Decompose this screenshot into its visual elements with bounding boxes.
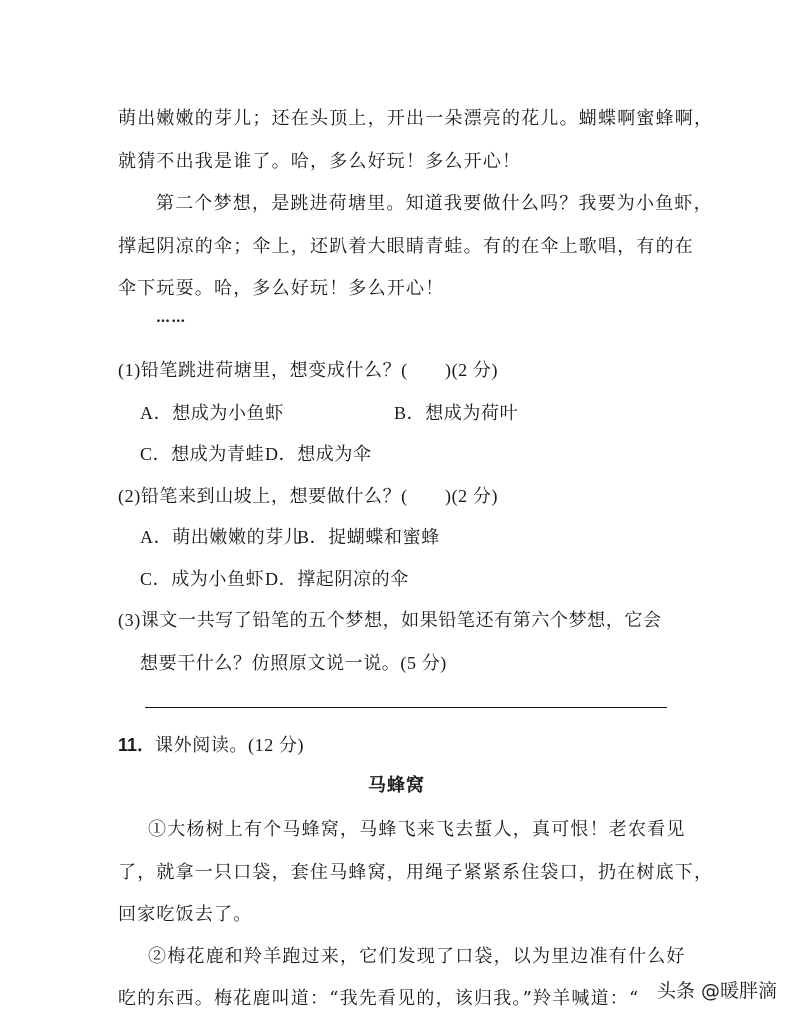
passage-line: 第二个梦想，是跳进荷塘里。知道我要做什么吗？我要为小鱼虾， xyxy=(156,189,713,215)
question-1-option-c[interactable]: C．想成为青蛙 xyxy=(140,440,264,466)
section-11-heading: 11．课外阅读。(12 分) xyxy=(118,731,304,757)
question-3-stem-line2: 想要干什么？仿照原文说一说。(5 分) xyxy=(140,649,447,675)
passage-line: 伞下玩耍。哈，多么好玩！多么开心！ xyxy=(118,274,444,300)
question-1-option-b[interactable]: B．想成为荷叶 xyxy=(394,399,518,425)
question-2-option-b[interactable]: B．捉蝴蝶和蜜蜂 xyxy=(297,523,440,549)
question-2-option-a[interactable]: A．萌出嫩嫩的芽儿 xyxy=(140,523,302,549)
article-title: 马蜂窝 xyxy=(0,771,793,797)
article-line: ②梅花鹿和羚羊跑过来，它们发现了口袋，以为里边准有什么好 xyxy=(148,942,686,968)
ellipsis: …… xyxy=(156,310,186,326)
answer-line[interactable] xyxy=(145,707,667,708)
watermark: 头条 @暖胖滴 xyxy=(655,976,779,1003)
article-line: ①大杨树上有个马蜂窝，马蜂飞来飞去蜇人，真可恨！老农看见 xyxy=(148,815,686,841)
article-line: 吃的东西。梅花鹿叫道：“我先看见的，该归我。”羚羊喊道：“ xyxy=(118,984,639,1010)
question-1-option-d[interactable]: D．想成为伞 xyxy=(265,440,372,466)
question-3-stem-line1: (3)课文一共写了铅笔的五个梦想，如果铅笔还有第六个梦想，它会 xyxy=(118,606,662,632)
passage-line: 就猜不出我是谁了。哈，多么好玩！多么开心！ xyxy=(118,147,521,173)
question-1-stem: (1)铅笔跳进荷塘里，想变成什么？( )(2 分) xyxy=(118,356,498,382)
section-number: 11． xyxy=(118,735,155,755)
article-line: 了，就拿一只口袋，套住马蜂窝，用绳子紧紧系住袋口，扔在树底下， xyxy=(118,858,713,884)
question-2-option-d[interactable]: D．撑起阴凉的伞 xyxy=(265,565,409,591)
question-2-option-c[interactable]: C．成为小鱼虾 xyxy=(140,565,264,591)
question-1-option-a[interactable]: A．想成为小鱼虾 xyxy=(140,399,284,425)
section-heading-text: 课外阅读。(12 分) xyxy=(155,735,304,755)
question-2-stem: (2)铅笔来到山坡上，想要做什么？( )(2 分) xyxy=(118,482,498,508)
article-line: 回家吃饭去了。 xyxy=(118,900,252,926)
passage-line: 撑起阴凉的伞；伞上，还趴着大眼睛青蛙。有的在伞上歌唱，有的在 xyxy=(118,232,694,258)
passage-line: 萌出嫩嫩的芽儿；还在头顶上，开出一朵漂亮的花儿。蝴蝶啊蜜蜂啊， xyxy=(118,104,713,130)
